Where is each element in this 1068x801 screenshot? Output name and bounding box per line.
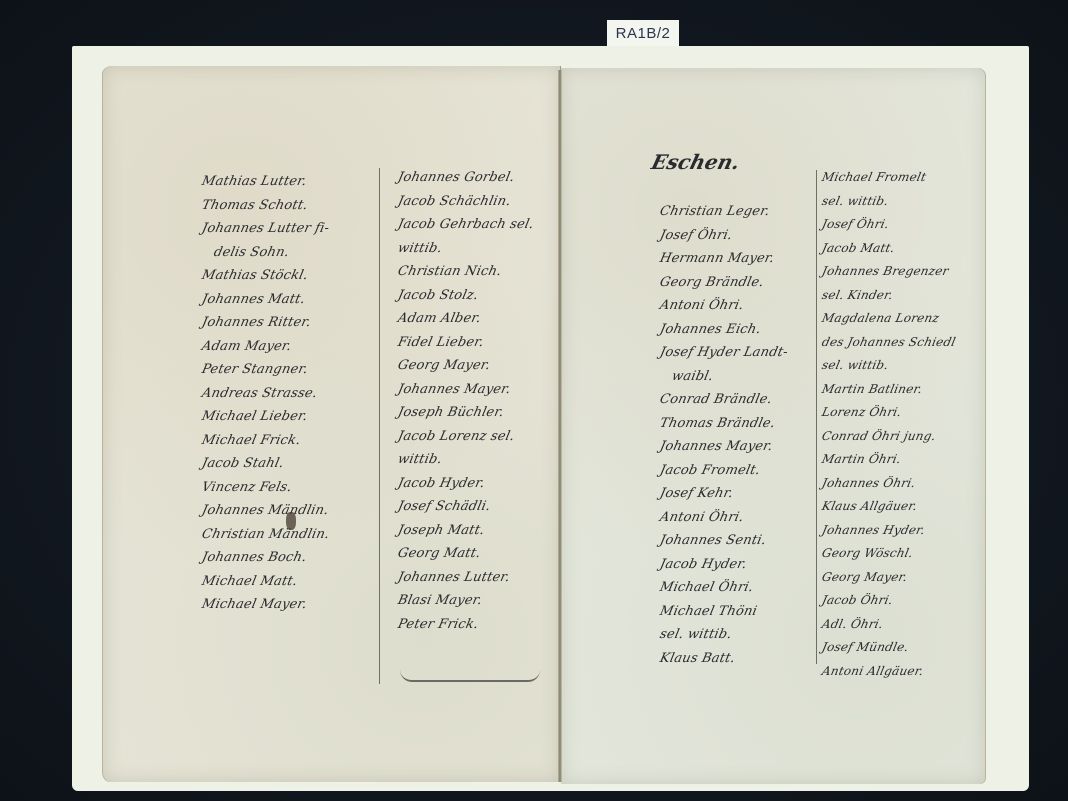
closing-flourish xyxy=(400,670,540,682)
list-item: sel. wittib. xyxy=(820,354,958,378)
list-item: Hermann Mayer. xyxy=(658,247,791,271)
list-item: Vincenz Fels. xyxy=(200,476,332,500)
list-item: Josef Öhri. xyxy=(658,224,791,248)
list-item: Johannes Mayer. xyxy=(396,378,537,402)
list-item: Jacob Fromelt. xyxy=(658,459,791,483)
list-item: Georg Brändle. xyxy=(658,271,791,295)
list-item: Johannes Senti. xyxy=(658,529,791,553)
list-item: Christian Leger. xyxy=(658,200,791,224)
list-item: Jacob Öhri. xyxy=(820,589,958,613)
list-item: Thomas Brändle. xyxy=(658,412,791,436)
list-item: Johannes Matt. xyxy=(200,288,332,312)
list-item: Mathias Stöckl. xyxy=(200,264,332,288)
archive-label: RA1B/2 xyxy=(607,20,679,46)
list-item: Klaus Allgäuer. xyxy=(820,495,958,519)
page-heading: Eschen. xyxy=(649,150,742,174)
list-item: Georg Matt. xyxy=(396,542,537,566)
list-item: Georg Mayer. xyxy=(820,566,958,590)
list-item: des Johannes Schiedl xyxy=(820,331,958,355)
list-item: Michael Lieber. xyxy=(200,405,332,429)
list-item: Michael Öhri. xyxy=(658,576,791,600)
left-page-column-2: Johannes Gorbel. Jacob Schächlin. Jacob … xyxy=(398,166,534,636)
list-item: delis Sohn. xyxy=(200,241,332,265)
list-item: Christian Mändlin. xyxy=(200,523,332,547)
list-item: Joseph Büchler. xyxy=(396,401,537,425)
list-item: Joseph Matt. xyxy=(396,519,537,543)
list-item: Josef Kehr. xyxy=(658,482,791,506)
list-item: Michael Fromelt xyxy=(820,166,958,190)
right-page-column-2: Michael Fromelt sel. wittib. Josef Öhri.… xyxy=(822,166,955,683)
list-item: Adam Alber. xyxy=(396,307,537,331)
list-item: Antoni Öhri. xyxy=(658,506,791,530)
list-item: Conrad Öhri jung. xyxy=(820,425,958,449)
list-item: sel. Kinder. xyxy=(820,284,958,308)
page-gutter xyxy=(558,70,562,782)
list-item: Peter Frick. xyxy=(396,613,537,637)
list-item: Johannes Ritter. xyxy=(200,311,332,335)
list-item: Antoni Allgäuer. xyxy=(820,660,958,684)
right-page-column-1: Christian Leger. Josef Öhri. Hermann May… xyxy=(660,200,788,670)
list-item: Georg Wöschl. xyxy=(820,542,958,566)
list-item: Jacob Stahl. xyxy=(200,452,332,476)
list-item: Johannes Hyder. xyxy=(820,519,958,543)
left-page-column-rule xyxy=(379,168,380,684)
list-item: wittib. xyxy=(396,448,537,472)
list-item: sel. wittib. xyxy=(820,190,958,214)
list-item: Magdalena Lorenz xyxy=(820,307,958,331)
list-item: Georg Mayer. xyxy=(396,354,537,378)
list-item: Martin Batliner. xyxy=(820,378,958,402)
list-item: Johannes Bregenzer xyxy=(820,260,958,284)
list-item: Jacob Matt. xyxy=(820,237,958,261)
list-item: sel. wittib. xyxy=(658,623,791,647)
list-item: Adam Mayer. xyxy=(200,335,332,359)
list-item: Jacob Hyder. xyxy=(396,472,537,496)
list-item: Conrad Brändle. xyxy=(658,388,791,412)
list-item: Johannes Öhri. xyxy=(820,472,958,496)
list-item: Peter Stangner. xyxy=(200,358,332,382)
list-item: Blasi Mayer. xyxy=(396,589,537,613)
list-item: Johannes Gorbel. xyxy=(396,166,537,190)
list-item: Andreas Strasse. xyxy=(200,382,332,406)
list-item: Adl. Öhri. xyxy=(820,613,958,637)
list-item: Thomas Schott. xyxy=(200,194,332,218)
list-item: Josef Hyder Landt- xyxy=(658,341,791,365)
list-item: Jacob Hyder. xyxy=(658,553,791,577)
list-item: Michael Thöni xyxy=(658,600,791,624)
left-page-column-1: Mathias Lutter. Thomas Schott. Johannes … xyxy=(202,170,329,617)
list-item: Jacob Stolz. xyxy=(396,284,537,308)
list-item: waibl. xyxy=(658,365,791,389)
list-item: Michael Matt. xyxy=(200,570,332,594)
list-item: Michael Frick. xyxy=(200,429,332,453)
list-item: Josef Öhri. xyxy=(820,213,958,237)
right-page-column-rule xyxy=(816,170,817,664)
list-item: Johannes Mayer. xyxy=(658,435,791,459)
list-item: Martin Öhri. xyxy=(820,448,958,472)
ink-blot xyxy=(286,512,296,530)
list-item: Antoni Öhri. xyxy=(658,294,791,318)
list-item: Johannes Eich. xyxy=(658,318,791,342)
list-item: Jacob Schächlin. xyxy=(396,190,537,214)
list-item: Johannes Mändlin. xyxy=(200,499,332,523)
list-item: Fidel Lieber. xyxy=(396,331,537,355)
list-item: Mathias Lutter. xyxy=(200,170,332,194)
list-item: Michael Mayer. xyxy=(200,593,332,617)
list-item: Johannes Lutter fi- xyxy=(200,217,332,241)
list-item: Lorenz Öhri. xyxy=(820,401,958,425)
list-item: Jacob Gehrbach sel. xyxy=(396,213,537,237)
list-item: Josef Schädli. xyxy=(396,495,537,519)
list-item: Johannes Lutter. xyxy=(396,566,537,590)
list-item: Christian Nich. xyxy=(396,260,537,284)
list-item: Klaus Batt. xyxy=(658,647,791,671)
list-item: wittib. xyxy=(396,237,537,261)
list-item: Johannes Boch. xyxy=(200,546,332,570)
list-item: Jacob Lorenz sel. xyxy=(396,425,537,449)
list-item: Josef Mündle. xyxy=(820,636,958,660)
